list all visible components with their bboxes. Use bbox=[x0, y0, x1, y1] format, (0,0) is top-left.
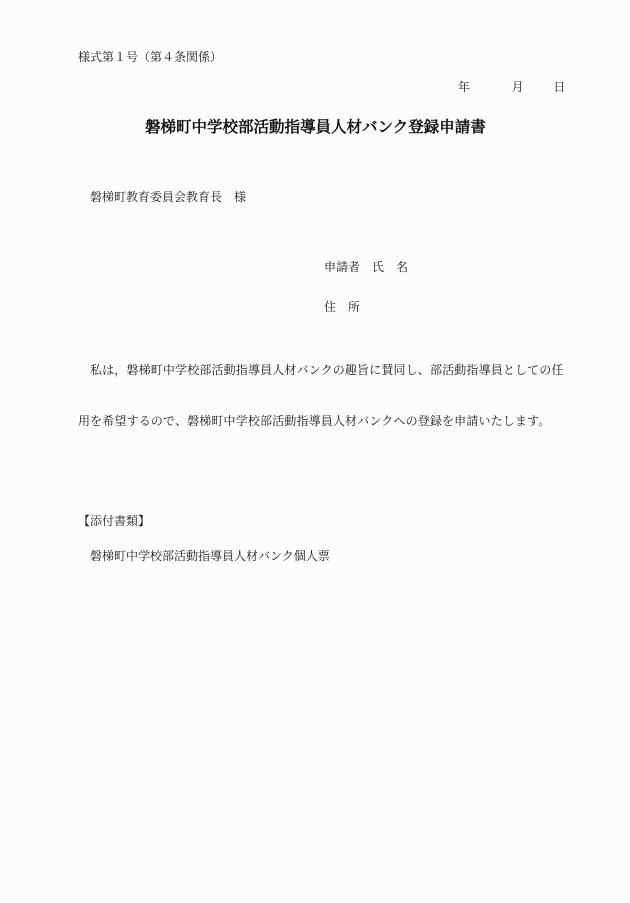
date-line: 年 月 日 bbox=[458, 80, 565, 94]
document-title: 磐梯町中学校部活動指導員人材バンク登録申請書 bbox=[145, 118, 486, 136]
date-month-label: 月 bbox=[512, 80, 524, 94]
body-paragraph-line-1: 私は，磐梯町中学校部活動指導員人材バンクの趣旨に賛同し、部活動指導員としての任 bbox=[90, 363, 564, 377]
form-number: 様式第１号（第４条関係） bbox=[78, 50, 222, 64]
attachment-item: 磐梯町中学校部活動指導員人材バンク個人票 bbox=[90, 549, 330, 563]
addressee: 磐梯町教育委員会教育長 様 bbox=[90, 190, 246, 204]
date-day-label: 日 bbox=[553, 80, 565, 94]
applicant-address-label: 住 所 bbox=[324, 300, 360, 314]
attachments-heading: 【添付書類】 bbox=[78, 514, 150, 528]
date-year-label: 年 bbox=[458, 80, 470, 94]
applicant-name-label: 申請者 氏 名 bbox=[324, 260, 408, 274]
body-paragraph-line-2: 用を希望するので、磐梯町中学校部活動指導員人材バンクへの登録を申請いたします。 bbox=[78, 414, 550, 428]
